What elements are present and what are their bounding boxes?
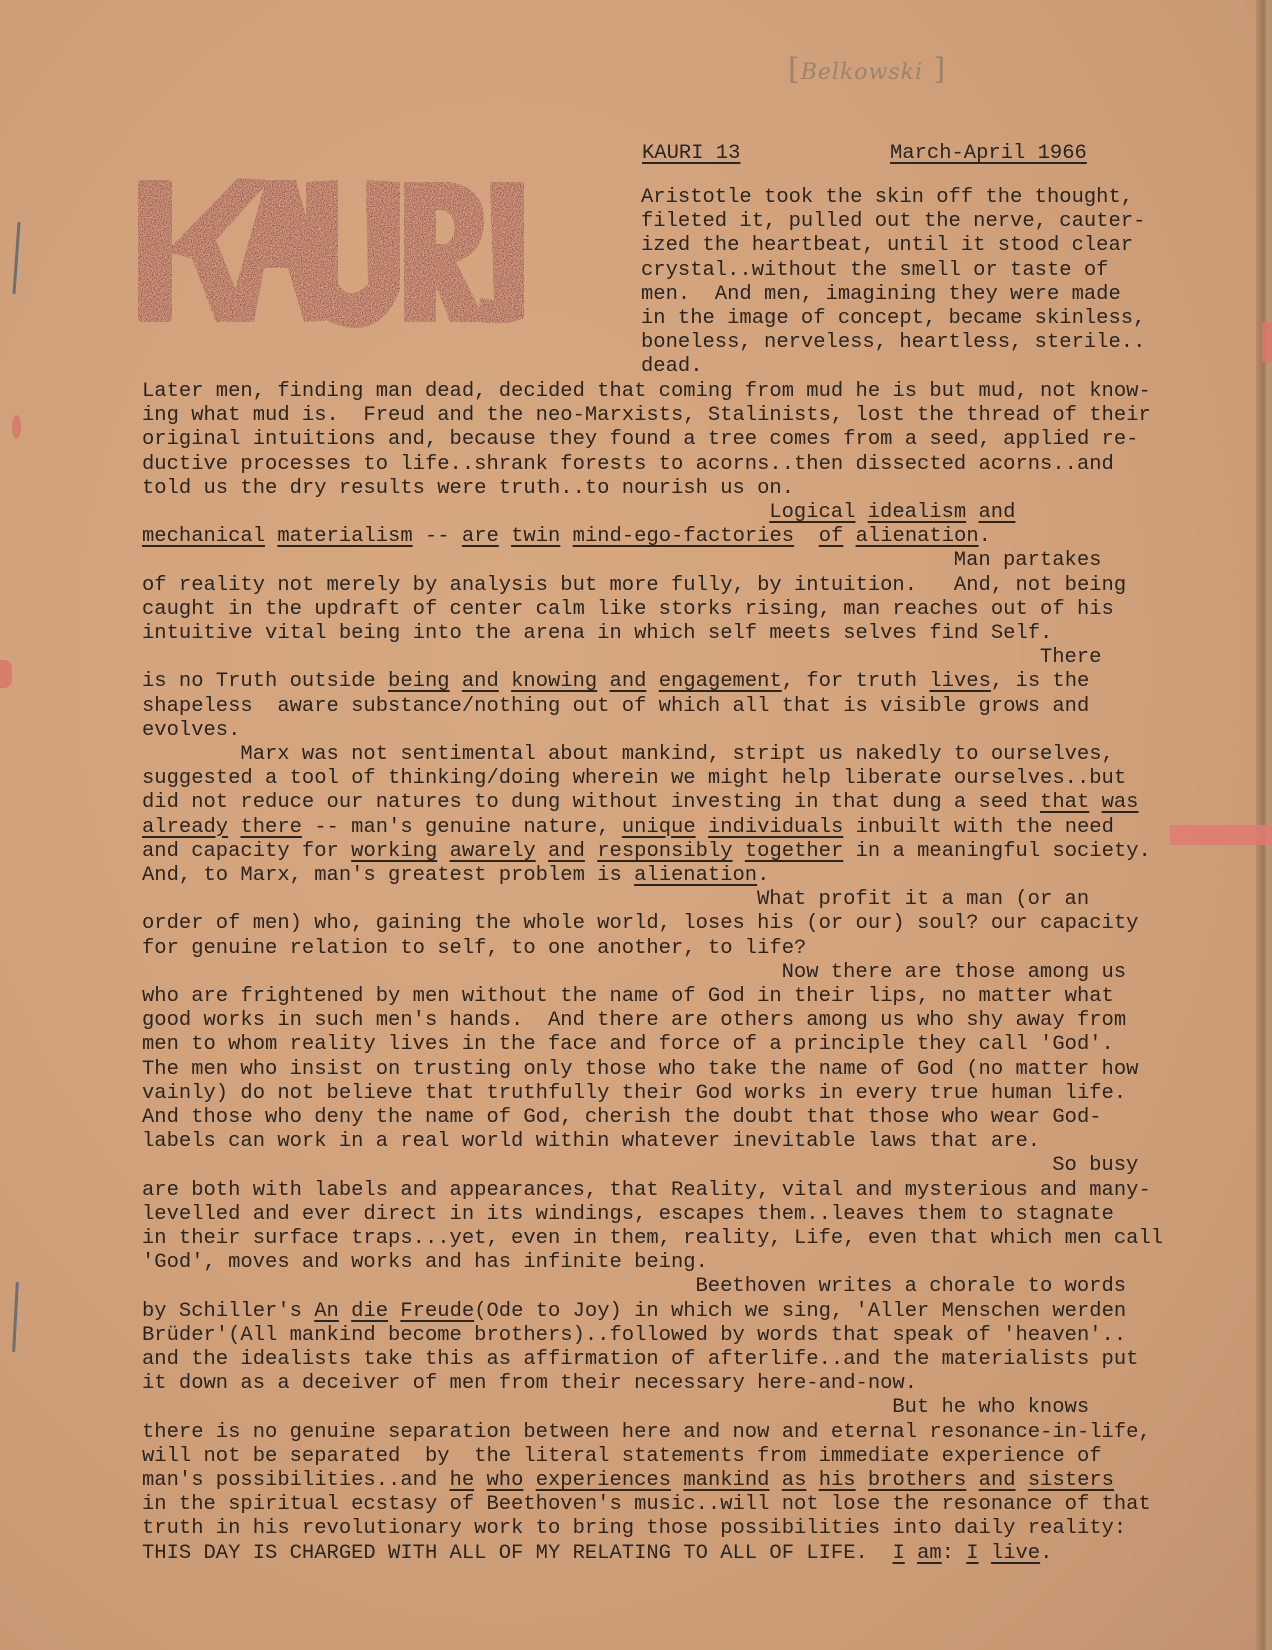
text-line: So busy <box>1052 1154 1138 1178</box>
pencil-annotation: [Belkowski ] <box>788 52 946 87</box>
text-segment: men to whom reality lives in the face an… <box>142 1033 1114 1056</box>
intro-line: Aristotle took the skin off the thought, <box>641 186 1133 210</box>
text-segment: who are frightened by men without the na… <box>142 985 1114 1008</box>
intro-line: fileted it, pulled out the nerve, cauter… <box>641 210 1145 234</box>
underlined-word: as <box>782 1469 807 1492</box>
text-line: What profit it a man (or an <box>757 888 1089 912</box>
underlined-word: who <box>486 1469 523 1492</box>
text-segment: truth in his revolutionary work to bring… <box>142 1517 1126 1540</box>
text-segment <box>696 816 708 839</box>
text-segment: told us the dry results were truth..to n… <box>142 477 794 500</box>
text-line: Man partakes <box>954 549 1102 573</box>
text-segment: intuitive vital being into the arena in … <box>142 622 1052 645</box>
text-segment: by Schiller's <box>142 1300 314 1323</box>
text-line: There <box>1040 646 1102 670</box>
text-line: Now there are those among us <box>782 961 1126 985</box>
text-segment: ing what mud is. Freud and the neo-Marxi… <box>142 404 1151 427</box>
text-line: good works in such men's hands. And ther… <box>142 1009 1126 1033</box>
text-line: truth in his revolutionary work to bring… <box>142 1517 1126 1541</box>
text-segment <box>536 840 548 863</box>
text-segment: in their surface traps...yet, even in th… <box>142 1227 1163 1250</box>
text-line: told us the dry results were truth..to n… <box>142 477 794 501</box>
text-segment: But he who knows <box>892 1396 1089 1419</box>
text-line: 'God', moves and works and has infinite … <box>142 1251 708 1275</box>
text-line: shapeless aware substance/nothing out of… <box>142 695 1089 719</box>
tab-right-top <box>1262 322 1272 362</box>
text-segment <box>1016 1469 1028 1492</box>
text-line: already there -- man's genuine nature, u… <box>142 816 1114 840</box>
text-line: by Schiller's An die Freude(Ode to Joy) … <box>142 1300 1126 1324</box>
text-segment <box>499 670 511 693</box>
text-segment: in a meaningful society. <box>843 840 1151 863</box>
text-segment: ductive processes to life..shrank forest… <box>142 453 1114 476</box>
text-segment: Later men, finding man dead, decided tha… <box>142 380 1151 403</box>
underlined-word: alienation <box>634 864 757 887</box>
text-segment: good works in such men's hands. And ther… <box>142 1009 1126 1032</box>
text-segment <box>339 1300 351 1323</box>
text-line: caught in the updraft of center calm lik… <box>142 598 1114 622</box>
tab-left <box>0 660 12 688</box>
underlined-word: of <box>819 525 844 548</box>
text-line: did not reduce our natures to dung witho… <box>142 791 1138 815</box>
underlined-word: An <box>314 1300 339 1323</box>
text-line: The men who insist on trusting only thos… <box>142 1058 1138 1082</box>
text-segment: Marx was not sentimental about mankind, … <box>240 743 1113 766</box>
text-segment <box>499 525 511 548</box>
text-segment: of reality not merely by analysis but mo… <box>142 574 1126 597</box>
document-page: [Belkowski ] KAURI 13 March-April <box>0 0 1266 1650</box>
text-segment: will not be separated by the literal sta… <box>142 1445 1102 1468</box>
text-line: ductive processes to life..shrank forest… <box>142 453 1114 477</box>
text-line: ing what mud is. Freud and the neo-Marxi… <box>142 404 1151 428</box>
text-line: it down as a deceiver of men from their … <box>142 1372 917 1396</box>
staple-top <box>12 222 20 294</box>
text-line: order of men) who, gaining the whole wor… <box>142 912 1138 936</box>
text-line: And, to Marx, man's greatest problem is … <box>142 864 769 888</box>
underlined-word: together <box>745 840 843 863</box>
text-line: Later men, finding man dead, decided tha… <box>142 380 1151 404</box>
text-line: men to whom reality lives in the face an… <box>142 1033 1114 1057</box>
text-segment: Now there are those among us <box>782 961 1126 984</box>
text-segment: (Ode to Joy) in which we sing, 'Aller Me… <box>474 1300 1126 1323</box>
text-segment <box>905 1542 917 1565</box>
underlined-word: brothers <box>868 1469 966 1492</box>
underlined-word: live <box>991 1542 1040 1565</box>
text-segment: There <box>1040 646 1102 669</box>
text-segment: suggested a tool of thinking/doing where… <box>142 767 1126 790</box>
text-line: man's possibilities..and he who experien… <box>142 1469 1114 1493</box>
text-segment: caught in the updraft of center calm lik… <box>142 598 1114 621</box>
text-segment: 'God', moves and works and has infinite … <box>142 1251 708 1274</box>
underlined-word: that <box>1040 791 1089 814</box>
text-segment: The men who insist on trusting only thos… <box>142 1058 1138 1081</box>
underlined-word: lives <box>929 670 991 693</box>
text-segment: are both with labels and appearances, th… <box>142 1179 1151 1202</box>
text-line: Brüder'(All mankind become brothers)..fo… <box>142 1324 1126 1348</box>
underlined-word: being <box>388 670 450 693</box>
text-segment <box>843 525 855 548</box>
underlined-word: mankind <box>683 1469 769 1492</box>
text-segment <box>1089 791 1101 814</box>
text-segment: : <box>942 1542 967 1565</box>
underlined-word: engagement <box>659 670 782 693</box>
underlined-word: and <box>979 1469 1016 1492</box>
text-segment <box>585 840 597 863</box>
text-segment: -- <box>413 525 462 548</box>
underlined-word: mechanical <box>142 525 265 548</box>
text-segment: evolves. <box>142 719 240 742</box>
text-segment: did not reduce our natures to dung witho… <box>142 791 1040 814</box>
underlined-word: was <box>1102 791 1139 814</box>
text-segment <box>855 501 867 524</box>
issue-date: March-April 1966 <box>890 142 1087 165</box>
text-segment: and capacity for <box>142 840 351 863</box>
underlined-word: responsibly <box>597 840 732 863</box>
underlined-word: am <box>917 1542 942 1565</box>
underlined-word: Freude <box>400 1300 474 1323</box>
underlined-word: and <box>610 670 647 693</box>
text-line: will not be separated by the literal sta… <box>142 1445 1102 1469</box>
text-segment: there is no genuine separation between h… <box>142 1421 1151 1444</box>
text-line: vainly) do not believe that truthfully t… <box>142 1082 1126 1106</box>
text-segment <box>450 670 462 693</box>
underlined-word: idealism <box>868 501 966 524</box>
text-line: of reality not merely by analysis but mo… <box>142 574 1126 598</box>
underlined-word: are <box>462 525 499 548</box>
text-segment: THIS DAY IS CHARGED WITH ALL OF MY RELAT… <box>142 1542 892 1565</box>
text-segment: . <box>757 864 769 887</box>
text-segment: . <box>1040 1542 1052 1565</box>
underlined-word: alienation <box>856 525 979 548</box>
text-segment: Brüder'(All mankind become brothers)..fo… <box>142 1324 1126 1347</box>
underlined-word: I <box>892 1542 904 1565</box>
text-segment: in the spiritual ecstasy of Beethoven's … <box>142 1493 1151 1516</box>
text-segment <box>474 1469 486 1492</box>
underlined-word: sisters <box>1028 1469 1114 1492</box>
text-segment <box>523 1469 535 1492</box>
text-line: Beethoven writes a chorale to words <box>696 1275 1127 1299</box>
text-segment: So busy <box>1052 1154 1138 1177</box>
text-line: And those who deny the name of God, cher… <box>142 1106 1102 1130</box>
text-segment <box>437 840 449 863</box>
underlined-word: knowing <box>511 670 597 693</box>
text-segment: inbuilt with the need <box>843 816 1114 839</box>
text-line: are both with labels and appearances, th… <box>142 1179 1151 1203</box>
text-segment: labels can work in a real world within w… <box>142 1130 1040 1153</box>
torn-mark-left <box>12 415 21 439</box>
text-segment <box>794 525 819 548</box>
underlined-word: individuals <box>708 816 843 839</box>
text-line: THIS DAY IS CHARGED WITH ALL OF MY RELAT… <box>142 1542 1052 1566</box>
text-segment: And those who deny the name of God, cher… <box>142 1106 1102 1129</box>
underlined-word: and <box>462 670 499 693</box>
staple-bottom <box>12 1282 19 1352</box>
text-segment: , is the <box>991 670 1089 693</box>
text-segment: it down as a deceiver of men from their … <box>142 1372 917 1395</box>
underlined-word: there <box>240 816 302 839</box>
text-segment <box>856 1469 868 1492</box>
text-segment: -- man's genuine nature, <box>302 816 622 839</box>
issue-number: KAURI 13 <box>642 142 740 165</box>
text-line: labels can work in a real world within w… <box>142 1130 1040 1154</box>
text-segment <box>671 1469 683 1492</box>
text-segment: Man partakes <box>954 549 1102 572</box>
intro-line: men. And men, imagining they were made <box>641 283 1121 307</box>
text-segment <box>646 670 658 693</box>
text-segment: is no Truth outside <box>142 670 388 693</box>
intro-line: in the image of concept, became skinless… <box>641 307 1145 331</box>
underlined-word: and <box>978 501 1015 524</box>
text-segment: original intuitions and, because they fo… <box>142 428 1138 451</box>
underlined-word: and <box>548 840 585 863</box>
text-line: and capacity for working awarely and res… <box>142 840 1151 864</box>
text-segment <box>966 501 978 524</box>
text-segment <box>560 525 572 548</box>
text-line: suggested a tool of thinking/doing where… <box>142 767 1126 791</box>
underlined-word: his <box>819 1469 856 1492</box>
text-segment: And, to Marx, man's greatest problem is <box>142 864 634 887</box>
tab-right-middle <box>1170 825 1272 845</box>
underlined-word: I <box>966 1542 978 1565</box>
underlined-word: working <box>351 840 437 863</box>
text-line: levelled and ever direct in its windings… <box>142 1203 1114 1227</box>
text-line: original intuitions and, because they fo… <box>142 428 1138 452</box>
text-line: who are frightened by men without the na… <box>142 985 1114 1009</box>
underlined-word: Logical <box>769 501 855 524</box>
text-line: Marx was not sentimental about mankind, … <box>240 743 1113 767</box>
underlined-word: mind-ego-factories <box>573 525 794 548</box>
text-segment: shapeless aware substance/nothing out of… <box>142 695 1089 718</box>
underlined-word: awarely <box>450 840 536 863</box>
text-segment <box>979 1542 991 1565</box>
text-line: in the spiritual ecstasy of Beethoven's … <box>142 1493 1151 1517</box>
text-segment: . <box>979 525 991 548</box>
text-segment <box>806 1469 818 1492</box>
text-segment <box>228 816 240 839</box>
text-line: in their surface traps...yet, even in th… <box>142 1227 1163 1251</box>
underlined-word: he <box>450 1469 475 1492</box>
text-segment <box>265 525 277 548</box>
text-line: But he who knows <box>892 1396 1089 1420</box>
text-segment: levelled and ever direct in its windings… <box>142 1203 1114 1226</box>
underlined-word: twin <box>511 525 560 548</box>
text-segment <box>388 1300 400 1323</box>
intro-line: ized the heartbeat, until it stood clear <box>641 234 1133 258</box>
text-segment: Beethoven writes a chorale to words <box>696 1275 1127 1298</box>
text-segment <box>769 1469 781 1492</box>
intro-line: boneless, nerveless, heartless, sterile.… <box>641 331 1145 355</box>
text-line: is no Truth outside being and knowing an… <box>142 670 1089 694</box>
text-segment: , for truth <box>782 670 930 693</box>
text-line: intuitive vital being into the arena in … <box>142 622 1052 646</box>
text-line: there is no genuine separation between h… <box>142 1421 1151 1445</box>
text-line: for genuine relation to self, to one ano… <box>142 937 806 961</box>
text-line: and the idealists take this as affirmati… <box>142 1348 1138 1372</box>
underlined-word: die <box>351 1300 388 1323</box>
text-segment <box>966 1469 978 1492</box>
text-segment: for genuine relation to self, to one ano… <box>142 937 806 960</box>
text-line: evolves. <box>142 719 240 743</box>
kauri-logo <box>138 172 533 332</box>
underlined-word: experiences <box>536 1469 671 1492</box>
text-segment: order of men) who, gaining the whole wor… <box>142 912 1138 935</box>
underlined-word: already <box>142 816 228 839</box>
text-segment: vainly) do not believe that truthfully t… <box>142 1082 1126 1105</box>
intro-line: dead. <box>641 355 703 379</box>
text-line: Logical idealism and <box>769 501 1015 525</box>
intro-line: crystal..without the smell or taste of <box>641 259 1108 283</box>
text-segment: What profit it a man (or an <box>757 888 1089 911</box>
text-segment: and the idealists take this as affirmati… <box>142 1348 1138 1371</box>
text-segment <box>597 670 609 693</box>
underlined-word: unique <box>622 816 696 839</box>
text-segment <box>733 840 745 863</box>
underlined-word: materialism <box>277 525 412 548</box>
text-line: mechanical materialism -- are twin mind-… <box>142 525 991 549</box>
text-segment: man's possibilities..and <box>142 1469 450 1492</box>
